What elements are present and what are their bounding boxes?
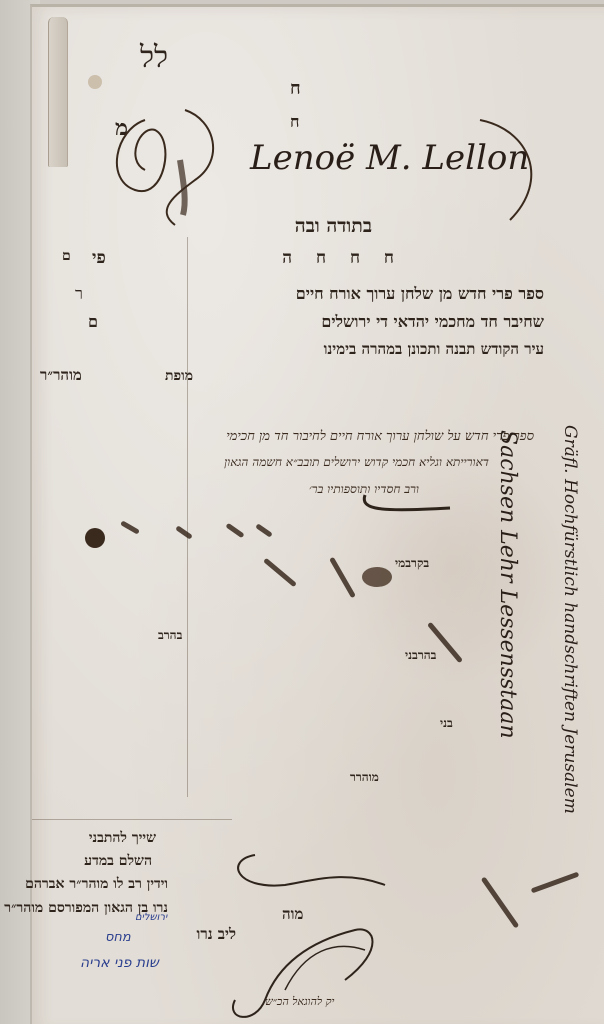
header-bracket-flourish <box>470 100 570 230</box>
label-moharar: מוהרר <box>350 770 379 785</box>
label-beni: בני <box>440 716 453 731</box>
ink-circle-mark <box>85 528 105 548</box>
margin-letter-final-mem: ם <box>62 248 71 265</box>
header-letters-lamed: לל <box>140 40 168 75</box>
margin-word-moharar: מוהר״ר <box>40 366 82 385</box>
blue-annotation-line-1: ירושלים <box>135 912 167 923</box>
header-letter-het-2: ח <box>290 112 299 132</box>
ownership-line-2: השלם במדע <box>84 853 152 870</box>
margin-letters-pe: פי <box>92 248 106 268</box>
header-letter-het-1: ח <box>290 78 301 99</box>
title-line-5: עיר הקודש תבנה ותכונן במהרה בימינו <box>324 340 544 359</box>
title-line-1: בתודה ובה <box>295 215 372 238</box>
blue-annotation-line-3: שות פני אריה <box>80 955 159 971</box>
ink-blot <box>362 567 392 587</box>
label-beharbani: בהרבני <box>405 648 436 663</box>
ownership-line-1: שייך להתבני <box>89 830 156 847</box>
stain-spot <box>88 75 102 89</box>
bottom-signature-text: יק להוגאל הכ״ש <box>265 995 334 1008</box>
margin-letter-resh: ר <box>75 284 83 304</box>
ownership-line-3: וידין רב לו מוהר״ר אברהם <box>25 876 168 893</box>
blue-annotation-line-2: מחס <box>105 930 131 945</box>
margin-letter-final-mem-2: ם <box>88 312 98 332</box>
vertical-margin-line <box>187 237 188 797</box>
title-line-2: ח ח ח ה <box>282 248 394 268</box>
note-underline-flourish <box>360 490 460 530</box>
header-flourish-loops <box>95 100 245 230</box>
title-line-6: מופת <box>165 368 193 385</box>
title-line-3: ספר פרי חדש מן שלחן ערוך אורח חיים <box>296 284 544 304</box>
vertical-latin-note-line-2: Sachsen Lehr Lessensstaan <box>495 430 520 739</box>
horizontal-fold-line <box>32 819 232 820</box>
handwritten-note-line-1: ספר פרי חדש על שולחן ערוך אורח חיים לחיב… <box>226 428 534 444</box>
label-beharav: בהרב <box>158 628 182 643</box>
title-line-4: שחיבר חד מחכמי יהדאי די ירושלים <box>321 312 544 332</box>
label-bekarbani: בקרבמי <box>395 556 429 571</box>
handwritten-note-line-2: דאורייתא וגליא חכמי קדוש ירושלים תובב״א … <box>224 455 489 470</box>
vertical-latin-note-line-1: Gräfl. Hochfürstlich handschriften Jerus… <box>560 425 580 814</box>
folded-corner <box>48 17 68 167</box>
